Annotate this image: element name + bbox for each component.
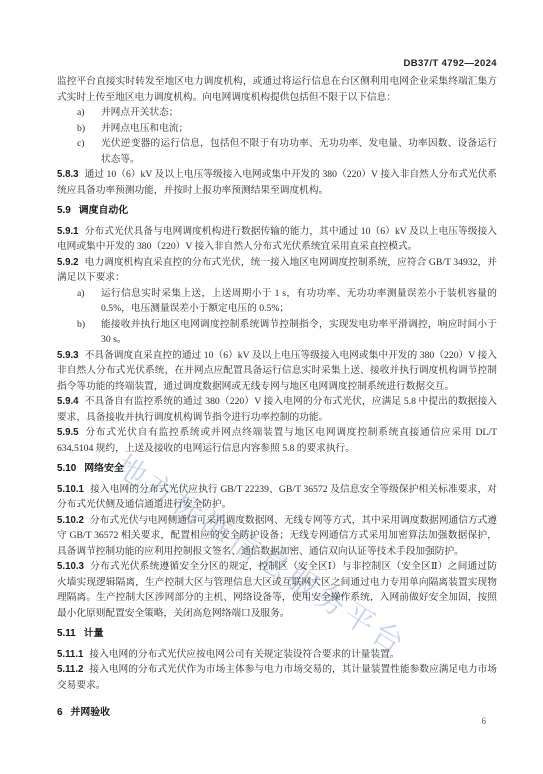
section-heading-6: 6并网验收 (57, 705, 497, 721)
clause-text: 分布式光伏具备与电网调度机构进行数据传输的能力，其中通过 10（6）kV 及以上… (57, 226, 497, 253)
list-label: b) (77, 121, 85, 137)
clause-5-8-3: 5.8.3通过 10（6）kV 及以上电压等级接入电网或集中开发的 380（22… (57, 167, 497, 198)
list-text: 并网点开关状态； (101, 107, 179, 118)
list-label: b) (77, 317, 85, 333)
page-number: 6 (482, 716, 487, 726)
list-item-a: a) 并网点开关状态； (57, 105, 497, 121)
clause-5-9-4: 5.9.4不具备自有监控系统的通过 380（220）V 接入电网的分布式光伏，应… (57, 394, 497, 425)
list-text: 能接收并执行地区电网调度控制系统调节控制指令，实现发电功率平滑调控，响应时间小于… (101, 319, 497, 346)
clause-number: 5.9.1 (57, 226, 79, 237)
clause-text: 不具备自有监控系统的通过 380（220）V 接入电网的分布式光伏，应满足 5.… (57, 396, 497, 423)
list-label: c) (77, 136, 85, 152)
clause-text: 电力调度机构直采直控的分布式光伏，统一接入地区电网调度控制系统，应符合 GB/T… (57, 257, 497, 284)
clause-number: 5.10.3 (57, 561, 84, 572)
list-text: 并网点电压和电流； (101, 123, 188, 134)
clause-5-9-1: 5.9.1分布式光伏具备与电网调度机构进行数据传输的能力，其中通过 10（6）k… (57, 224, 497, 255)
clause-text: 通过 10（6）kV 及以上电压等级接入电网或集中开发的 380（220）V 接… (57, 169, 497, 196)
section-number: 6 (57, 707, 63, 718)
section-title: 并网验收 (71, 707, 111, 718)
list-item-b: b) 并网点电压和电流； (57, 121, 497, 137)
clause-5-11-1: 5.11.1接入电网的分布式光伏应按电网公司有关规定装设符合要求的计量装置。 (57, 647, 497, 663)
list-item-c: c) 光伏逆变器的运行信息，包括但不限于有功功率、无功功率、发电量、功率因数、设… (57, 136, 497, 167)
clause-number: 5.9.3 (57, 350, 79, 361)
clause-5-9-5: 5.9.5分布式光伏自有监控系统或并网点终端装置与地区电网调度控制系统直接通信应… (57, 425, 497, 456)
clause-text: 分布式光伏与电网侧通信可采用调度数据网、无线专网等方式，其中采用调度数据网通信方… (57, 515, 497, 557)
section-number: 5.9 (57, 205, 71, 216)
list-item-b: b) 能接收并执行地区电网调度控制系统调节控制指令，实现发电功率平滑调控，响应时… (57, 317, 497, 348)
clause-5-10-1: 5.10.1接入电网的分布式光伏应执行 GB/T 22239、GB/T 3657… (57, 482, 497, 513)
page-content: 监控平台直接实时转发至地区电力调度机构，或通过将运行信息在台区侧利用电网企业采集… (57, 74, 497, 726)
section-title: 计量 (84, 628, 104, 639)
list-label: a) (77, 286, 85, 302)
document-page: 地方标准信息服务平台 DB37/T 4792—2024 监控平台直接实时转发至地… (0, 0, 543, 774)
clause-number: 5.10.2 (57, 515, 84, 526)
clause-5-10-2: 5.10.2分布式光伏与电网侧通信可采用调度数据网、无线专网等方式，其中采用调度… (57, 513, 497, 560)
section-title: 调度自动化 (79, 205, 128, 216)
clause-number: 5.9.2 (57, 257, 79, 268)
clause-text: 接入电网的分布式光伏应执行 GB/T 22239、GB/T 36572 及信息安… (57, 484, 497, 511)
clause-5-9-3: 5.9.3不具备调度直采直控的通过 10（6）kV 及以上电压等级接入电网或集中… (57, 348, 497, 395)
clause-number: 5.10.1 (57, 484, 84, 495)
list-text: 运行信息实时采集上送，上送周期小于 1 s，有功功率、无功功率测量误差小于装机容… (101, 288, 497, 315)
section-heading-5-9: 5.9调度自动化 (57, 203, 497, 219)
clause-text: 不具备调度直采直控的通过 10（6）kV 及以上电压等级接入电网或集中开发的 3… (57, 350, 497, 392)
clause-number: 5.9.4 (57, 396, 79, 407)
clause-number: 5.8.3 (57, 169, 79, 180)
clause-number: 5.11.2 (57, 664, 83, 675)
section-title: 网络安全 (84, 463, 124, 474)
clause-text: 分布式光伏自有监控系统或并网点终端装置与地区电网调度控制系统直接通信应采用 DL… (57, 427, 497, 454)
clause-number: 5.9.5 (57, 427, 79, 438)
clause-text: 接入电网的分布式光伏作为市场主体参与电力市场交易的，其计量装置性能参数应满足电力… (57, 664, 497, 691)
section-number: 5.10 (57, 463, 76, 474)
clause-5-11-2: 5.11.2接入电网的分布式光伏作为市场主体参与电力市场交易的，其计量装置性能参… (57, 662, 497, 693)
section-heading-5-10: 5.10网络安全 (57, 461, 497, 477)
list-item-a: a) 运行信息实时采集上送，上送周期小于 1 s，有功功率、无功功率测量误差小于… (57, 286, 497, 317)
clause-5-10-3: 5.10.3分布式光伏系统遵循安全分区的规定，控制区（安全区Ⅰ）与非控制区（安全… (57, 559, 497, 621)
section-number: 5.11 (57, 628, 76, 639)
list-label: a) (77, 105, 85, 121)
clause-number: 5.11.1 (57, 649, 83, 660)
running-header-standard-number: DB37/T 4792—2024 (0, 58, 497, 69)
clause-5-9-2: 5.9.2电力调度机构直采直控的分布式光伏，统一接入地区电网调度控制系统，应符合… (57, 255, 497, 286)
clause-text: 分布式光伏系统遵循安全分区的规定，控制区（安全区Ⅰ）与非控制区（安全区Ⅱ）之间通… (57, 561, 497, 619)
paragraph-continuation: 监控平台直接实时转发至地区电力调度机构，或通过将运行信息在台区侧利用电网企业采集… (57, 74, 497, 105)
list-text: 光伏逆变器的运行信息，包括但不限于有功功率、无功功率、发电量、功率因数、设备运行… (101, 138, 497, 165)
clause-text: 接入电网的分布式光伏应按电网公司有关规定装设符合要求的计量装置。 (89, 649, 399, 660)
section-heading-5-11: 5.11计量 (57, 626, 497, 642)
